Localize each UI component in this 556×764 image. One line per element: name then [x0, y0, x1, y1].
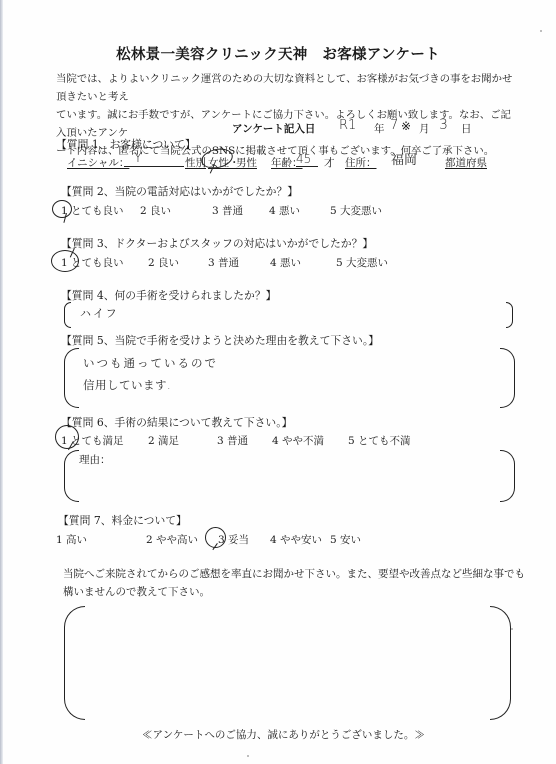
- answer-bracket-left: [64, 450, 79, 502]
- prompt-line: 当院へご来院されてからのご感想を率直にお聞かせ下さい。また、要望や改善点など些細…: [63, 565, 525, 583]
- option-5[interactable]: 5 大変悪い: [336, 255, 388, 270]
- gender-option-male[interactable]: 男性: [236, 155, 257, 170]
- scan-speck: [511, 628, 513, 630]
- option-3[interactable]: 3 普通: [212, 203, 243, 218]
- answer-bracket-right: [490, 606, 511, 720]
- answer-bracket-left: [64, 348, 79, 408]
- answer-line: 信用しています.: [83, 374, 218, 396]
- option-4[interactable]: 4 悪い: [270, 255, 301, 270]
- age-suffix: 才: [324, 155, 335, 170]
- date-era-field[interactable]: R1: [339, 118, 356, 133]
- option-4[interactable]: 4 やや不満: [272, 433, 324, 448]
- scan-speck: [540, 30, 542, 32]
- question-heading: 【質問 6、手術の結果について教えて下さい。】: [61, 415, 292, 430]
- reason-answer-field[interactable]: いつも通っているので 信用しています.: [83, 352, 218, 396]
- comments-field[interactable]: [90, 612, 485, 712]
- address-suffix: 都道府県: [445, 155, 487, 170]
- comments-prompt: 当院へご来院されてからのご感想を率直にお聞かせ下さい。また、要望や改善点など些細…: [63, 565, 525, 601]
- question-heading: 【質問 5、当院で手術を受けようと決めた理由を教えて下さい。】: [61, 333, 379, 348]
- footer-thanks: ≪アンケートへのご協力、誠にありがとうございました。≫: [142, 727, 425, 742]
- option-4[interactable]: 4 やや安い: [270, 532, 322, 547]
- option-1[interactable]: 1 高い: [56, 532, 87, 547]
- selection-circle: [52, 200, 72, 218]
- option-2[interactable]: 2 良い: [140, 203, 171, 218]
- reason-label: 理由：: [79, 452, 111, 467]
- option-3[interactable]: 3 普通: [217, 433, 248, 448]
- page-title: 松林景一美容クリニック天神 お客様アンケート: [0, 43, 556, 64]
- selection-circle: [51, 250, 79, 272]
- survey-page: 松林景一美容クリニック天神 お客様アンケート 当院では、よりよいクリニック運営の…: [0, 0, 556, 764]
- option-3[interactable]: 3 普通: [208, 255, 239, 270]
- date-year-suffix: 年: [374, 121, 385, 136]
- address-label: 住所：: [345, 155, 377, 170]
- reason-field[interactable]: [110, 452, 490, 492]
- option-2[interactable]: 2 良い: [148, 255, 179, 270]
- scan-edge: [0, 0, 3, 764]
- question-heading: 【質問 7、料金について】: [58, 513, 187, 528]
- procedure-answer-field[interactable]: ハイフ: [80, 305, 119, 321]
- answer-bracket-right: [506, 302, 513, 328]
- prompt-line: 構いませんので教えて下さい。: [63, 583, 525, 601]
- initial-field[interactable]: Y: [124, 151, 184, 167]
- answer-bracket-left: [64, 606, 85, 720]
- question-heading: 【質問 2、当院の電話対応はいかがでしたか？】: [61, 184, 298, 199]
- answer-bracket-right: [500, 348, 515, 408]
- option-2[interactable]: 2 満足: [148, 433, 179, 448]
- scan-speck: [247, 755, 249, 757]
- question-heading: 【質問 1、お客様について】: [56, 137, 196, 152]
- date-day-suffix: 日: [461, 121, 472, 136]
- date-day-field[interactable]: 3: [439, 117, 448, 133]
- option-5[interactable]: 5 安い: [330, 532, 361, 547]
- date-label: アンケート記入日: [232, 121, 315, 136]
- option-4[interactable]: 4 悪い: [269, 203, 300, 218]
- answer-line: いつも通っているので: [83, 352, 218, 374]
- question-heading: 【質問 4、何の手術を受けられましたか？】: [61, 288, 276, 303]
- scribble-mark: ※: [401, 119, 411, 133]
- selection-circle: [55, 425, 79, 449]
- answer-bracket-left: [64, 302, 71, 328]
- age-field[interactable]: 45: [296, 152, 318, 167]
- date-month-field[interactable]: 7: [390, 118, 398, 133]
- question-heading: 【質問 3、ドクターおよびスタッフの対応はいかがでしたか？】: [61, 236, 373, 251]
- option-2[interactable]: 2 やや高い: [146, 532, 198, 547]
- option-5[interactable]: 5 とても不満: [348, 433, 411, 448]
- date-month-suffix: 月: [419, 121, 430, 136]
- option-5[interactable]: 5 大変悪い: [330, 203, 382, 218]
- intro-line: 当院では、よりよいクリニック運営のための大切な資料として、お客様がお気づきの事を…: [56, 70, 516, 106]
- address-field[interactable]: 福岡: [391, 149, 417, 168]
- answer-bracket-right: [500, 450, 515, 502]
